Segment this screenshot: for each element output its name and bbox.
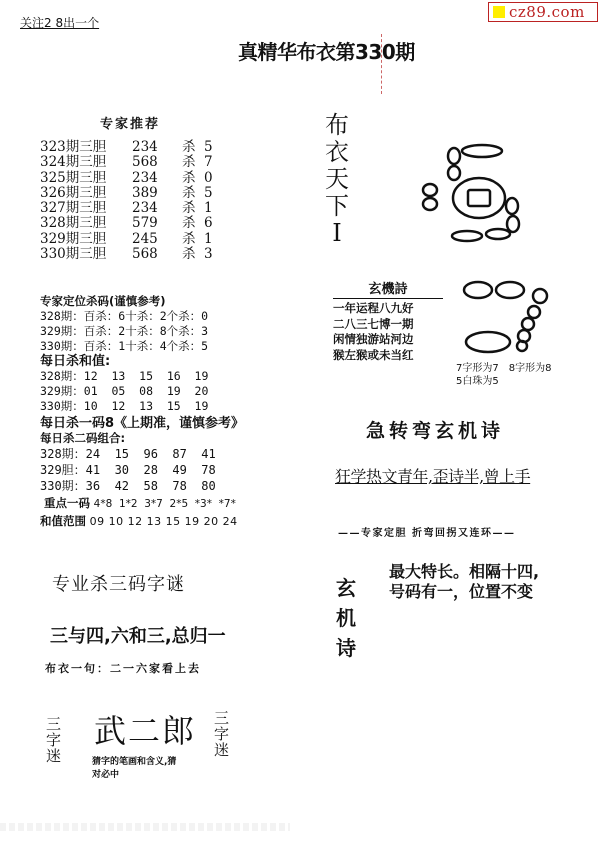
sum-range-values: 09 10 12 13 15 19 20 24 [90,515,238,528]
daily-sum-heading: 每日杀和值: [40,354,244,369]
poem-line: 猴左猴或未当红 [333,348,443,363]
riddle-big-word: 武二郎 [94,706,196,752]
zuida-line: 最大特长。相隔十四, [389,562,539,582]
caption-8: 8字形为8 [509,363,552,374]
page-title: 真精华布衣第330期 [238,36,415,65]
list-item: 328期：12 13 15 16 19 [40,369,244,384]
poem-line: 一年运程八九好 [333,301,443,316]
list-item: 329期三胆245杀1 [40,232,213,247]
issue: 324期三胆 [40,155,132,170]
xuanji-vertical: 玄机诗 [335,573,361,663]
daily-two-code-heading: 每日杀二码组合: [40,431,244,446]
kill-code-section: 专家定位杀码(谨慎参考) 328期：百杀：6十杀：2个杀：0 329期：百杀：2… [40,294,244,529]
kill-label: 杀 [182,155,204,170]
top-note: 关注2 8出一个 [20,14,99,31]
riddle-note: 猜字的笔画和含义,猜对必中 [92,756,182,782]
expert-line: ——专家定胆 折弯回拐又连环—— [338,524,515,539]
issue: 327期三胆 [40,201,132,216]
vertical-text: 布衣天下I [324,112,350,247]
caption-7: 7字形为7 [456,363,499,374]
list-item: 325期三胆234杀0 [40,171,213,186]
bead-figure-7-icon [460,278,570,358]
kill-value: 3 [204,247,213,262]
figure-caption: 7字形为78字形为8 5白珠为5 [456,362,561,388]
poem-line: 闲情独游站河边 [333,332,443,347]
kill-label: 杀 [182,216,204,231]
list-item: 330期三胆568杀3 [40,247,213,262]
list-item: 330期：36 42 58 78 80 [40,478,244,494]
list-item: 323期三胆234杀5 [40,140,213,155]
key-code-label: 重点一码 [44,496,90,510]
zuida-block: 最大特长。相隔十四, 号码有一，位置不变 [389,562,539,602]
list-item: 329胆：41 30 28 49 78 [40,462,244,478]
kill-value: 1 [204,232,213,247]
nums: 389 [132,186,182,201]
nums: 245 [132,232,182,247]
kill-label: 杀 [182,186,204,201]
caption-5: 5白珠为5 [456,376,499,387]
kill-label: 杀 [182,140,204,155]
list-item: 327期三胆234杀1 [40,201,213,216]
sum-range-label: 和值范围 [40,514,86,528]
kill-value: 5 [204,140,213,155]
issue: 330期三胆 [40,247,132,262]
yellow-square-icon [493,6,505,18]
issue: 325期三胆 [40,171,132,186]
poem-line: 二八三七博一期 [333,317,443,332]
issue: 328期三胆 [40,216,132,231]
xuanji-poem: 玄機詩 一年运程八九好 二八三七博一期 闲情独游站河边 猴左猴或未当红 [333,282,443,363]
poem-title: 玄機詩 [333,282,443,299]
expert-recommend-list: 323期三胆234杀5 324期三胆568杀7 325期三胆234杀0 326期… [40,140,213,262]
sum-range-row: 和值范围 09 10 12 13 15 19 20 24 [40,514,244,529]
issue: 329期三胆 [40,232,132,247]
position-kill-heading: 专家定位杀码(谨慎参考) [40,294,244,309]
kuangxue-line: 狂学热文青年,歪诗半,曾上手 [335,464,530,487]
list-item: 329期：百杀：2十杀：8个杀：3 [40,324,244,339]
list-item: 328期三胆579杀6 [40,216,213,231]
watermark-text: cz89.com [509,3,585,21]
kill-label: 杀 [182,232,204,247]
nums: 568 [132,155,182,170]
bead-figure-5-icon [420,138,530,243]
key-code-row: 重点一码 4*8 1*2 3*7 2*5 *3* *7* [40,496,244,512]
riddle-answer: 三与四,六和三,总归一 [50,622,226,648]
kill-value: 5 [204,186,213,201]
jizhuan-title: 急转弯玄机诗 [366,416,504,443]
kill-value: 0 [204,171,213,186]
kill-label: 杀 [182,201,204,216]
faded-footer-text [0,823,290,831]
kill-value: 7 [204,155,213,170]
kill-value: 6 [204,216,213,231]
nums: 234 [132,171,182,186]
list-item: 326期三胆389杀5 [40,186,213,201]
nums: 234 [132,201,182,216]
buyi-line: 布衣一句：二一六家看上去 [45,660,201,676]
nums: 579 [132,216,182,231]
site-watermark: cz89.com [488,2,598,22]
nums: 234 [132,140,182,155]
expert-recommend-heading: 专家推荐 [100,113,160,132]
key-code-values: 4*8 1*2 3*7 2*5 *3* *7* [94,498,236,510]
kill-value: 1 [204,201,213,216]
dashed-divider [381,34,382,94]
issue: 326期三胆 [40,186,132,201]
zuida-line: 号码有一，位置不变 [389,582,539,602]
list-item: 328期：24 15 96 87 41 [40,446,244,462]
kill-label: 杀 [182,247,204,262]
list-item: 324期三胆568杀7 [40,155,213,170]
list-item: 330期：10 12 13 15 19 [40,399,244,414]
riddle-side-left: 三字迷 [43,716,64,764]
riddle-title: 专业杀三码字谜 [52,570,185,596]
nums: 568 [132,247,182,262]
list-item: 328期：百杀：6十杀：2个杀：0 [40,309,244,324]
vertical-text: 玄机诗 [335,573,357,663]
buyi-tianxia-vertical: 布衣天下I [324,112,354,247]
list-item: 330期：百杀：1十杀：4个杀：5 [40,339,244,354]
daily-one-code: 每日杀一码8《上期准，谨慎参考》 [40,416,244,431]
list-item: 329期：01 05 08 19 20 [40,384,244,399]
riddle-side-right: 三字迷 [211,710,232,758]
kill-label: 杀 [182,171,204,186]
issue: 323期三胆 [40,140,132,155]
